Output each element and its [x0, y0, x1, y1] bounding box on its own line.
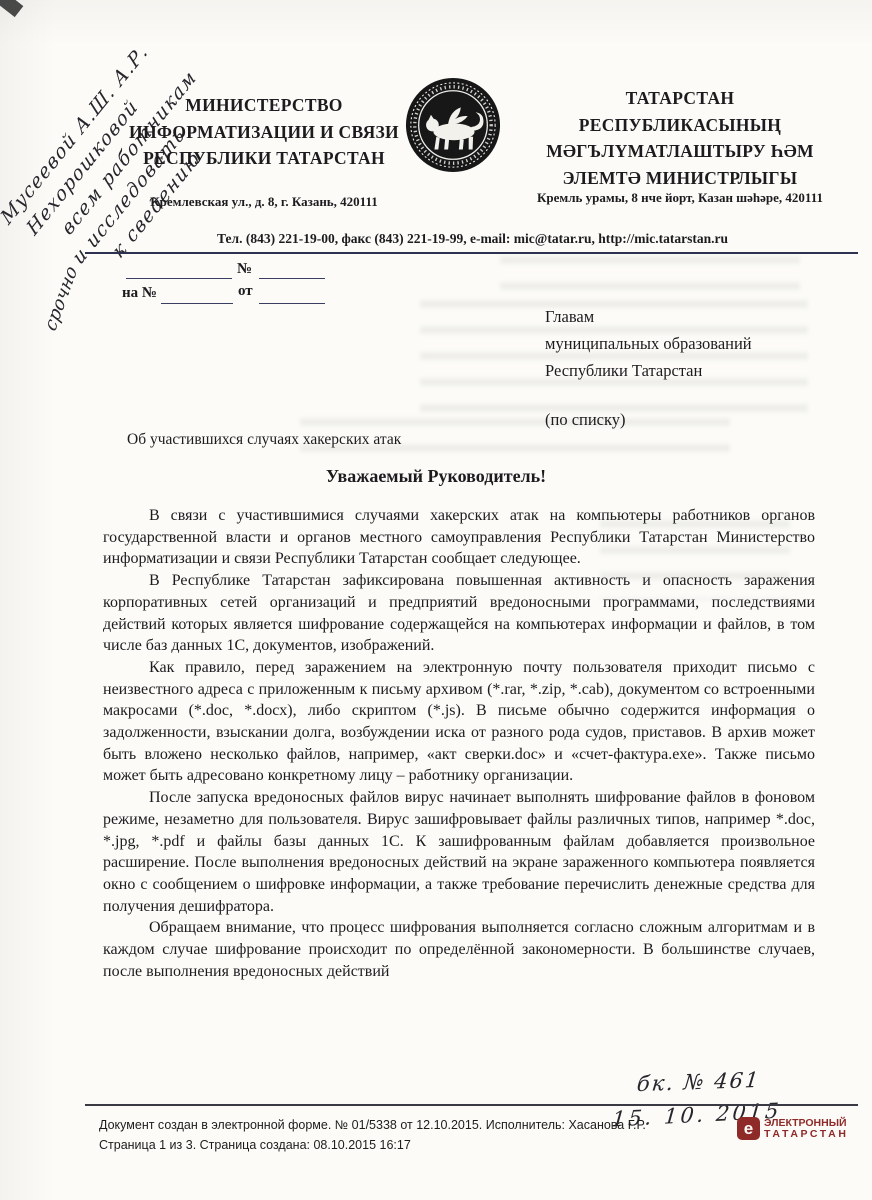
body-paragraph: В связи с участившимися случаями хакерск… — [103, 505, 815, 570]
scanned-letter-page: Мусеевой А.Ш. А.Р. Нехорошковой всем раб… — [0, 0, 872, 1200]
tatarstan-emblem-graphic — [404, 76, 502, 174]
incoming-number-blank-line — [161, 289, 233, 304]
ministry-name-tatar-line: РЕСПУБЛИКАСЫНЫҢ — [500, 112, 860, 139]
footer-metadata: Документ создан в электронной форме. № 0… — [99, 1115, 699, 1155]
body-paragraph: Как правило, перед заражением на электро… — [103, 657, 815, 787]
outgoing-date-blank-line — [259, 264, 325, 279]
bleed-through-artifact — [500, 256, 800, 298]
ministry-name-russian-line: РЕСПУБЛИКИ ТАТАРСТАН — [108, 145, 420, 172]
footer-line-document-info: Документ создан в электронной форме. № 0… — [99, 1115, 699, 1135]
contact-line: Тел. (843) 221-19-00, факс (843) 221-19-… — [85, 231, 860, 247]
ministry-name-russian-line: МИНИСТЕРСТВО — [108, 92, 420, 119]
electronic-tatarstan-logo: е ЭЛЕКТРОННЫЙ ТАТАРСТАН — [737, 1117, 849, 1140]
incoming-date-blank-line — [259, 289, 325, 304]
body-paragraph: Обращаем внимание, что процесс шифровани… — [103, 917, 815, 982]
ministry-name-tatar-line: МӘГЪЛҮМАТЛАШТЫРУ ҺӘМ — [500, 138, 860, 165]
subject-line: Об участившихся случаях хакерских атак — [127, 431, 401, 449]
recipient-list-note: (по списку) — [545, 406, 752, 433]
electronic-tatarstan-logo-text: ЭЛЕКТРОННЫЙ ТАТАРСТАН — [764, 1118, 849, 1140]
ministry-name-tatar-line: ЭЛЕМТӘ МИНИСТРЛЫГЫ — [500, 165, 860, 192]
from-label: от — [238, 283, 253, 300]
handwritten-urgent-note: срочно — [40, 262, 81, 334]
logo-text-line: ТАТАРСТАН — [764, 1129, 849, 1140]
recipient-line: Главам — [545, 303, 752, 330]
scan-corner-artifact — [0, 0, 23, 17]
logo-text-line: ЭЛЕКТРОННЫЙ — [764, 1118, 849, 1129]
salutation: Уважаемый Руководитель! — [0, 466, 872, 487]
tatarstan-emblem — [404, 76, 502, 174]
body-paragraph: В Республике Татарстан зафиксирована пов… — [103, 570, 815, 657]
ministry-name-russian-line: ИНФОРМАТИЗАЦИИ И СВЯЗИ — [108, 119, 420, 146]
recipient-line: муниципальных образований — [545, 330, 752, 357]
address-tatar: Кремль урамы, 8 нче йорт, Казан шәһәре, … — [500, 190, 860, 206]
footer-line-page-info: Страница 1 из 3. Страница создана: 08.10… — [99, 1135, 699, 1155]
ministry-name-tatar: ТАТАРСТАН РЕСПУБЛИКАСЫНЫҢ МӘГЪЛҮМАТЛАШТЫ… — [500, 85, 860, 191]
handwritten-incoming-number: бк. № 461 — [636, 1068, 762, 1096]
footer-divider — [85, 1104, 858, 1106]
address-russian: Кремлевская ул., д. 8, г. Казань, 420111 — [108, 194, 420, 210]
body-paragraph: После запуска вредоносных файлов вирус н… — [103, 787, 815, 917]
outgoing-number-blank-line — [126, 264, 232, 279]
electronic-tatarstan-logo-icon: е — [737, 1117, 760, 1140]
recipient-block: Главам муниципальных образований Республ… — [545, 303, 752, 433]
ministry-name-tatar-line: ТАТАРСТАН — [500, 85, 860, 112]
recipient-line: Республики Татарстан — [545, 357, 752, 384]
number-label: № — [237, 261, 252, 278]
letter-body: В связи с участившимися случаями хакерск… — [103, 505, 815, 982]
letterhead-divider — [85, 252, 858, 254]
ministry-name-russian: МИНИСТЕРСТВО ИНФОРМАТИЗАЦИИ И СВЯЗИ РЕСП… — [108, 92, 420, 172]
on-number-label: на № — [122, 285, 157, 302]
